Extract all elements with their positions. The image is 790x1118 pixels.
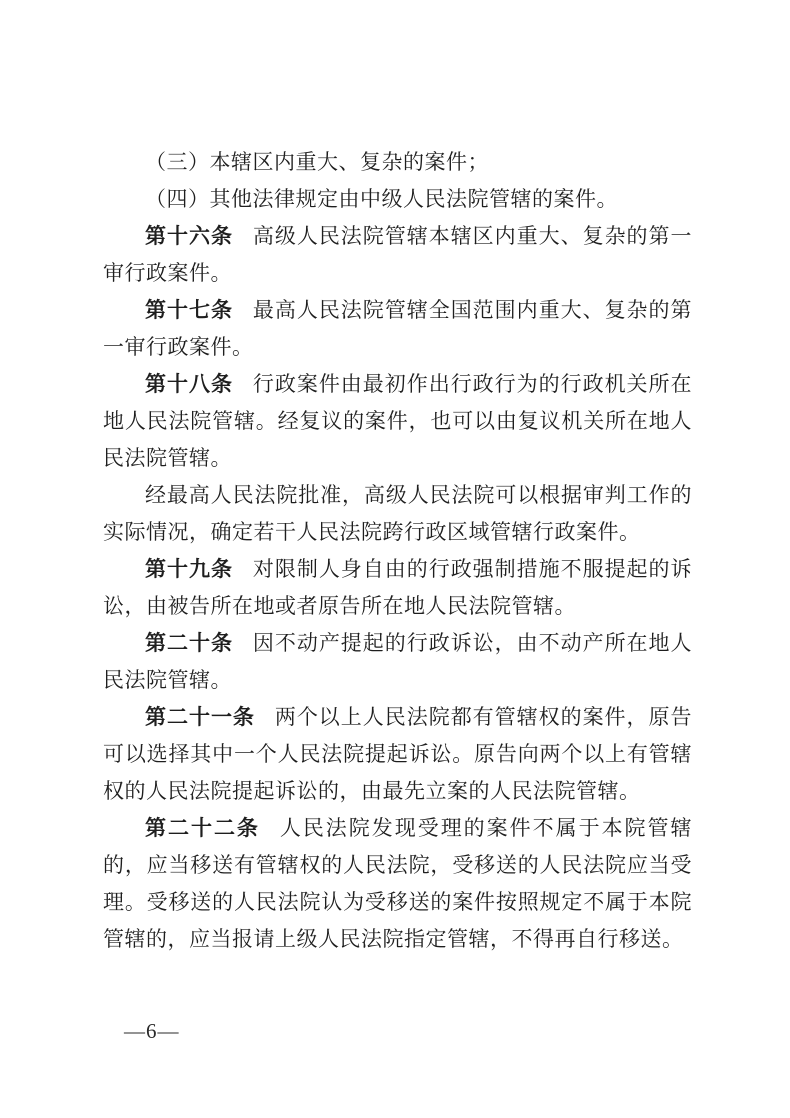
paragraph-article: 第十九条对限制人身自由的行政强制措施不服提起的诉讼，由被告所在地或者原告所在地人… [103, 551, 692, 625]
page-number: —6— [124, 1018, 180, 1044]
paragraph-article: 第十六条高级人民法院管辖本辖区内重大、复杂的第一审行政案件。 [103, 218, 692, 292]
document-page: （三）本辖区内重大、复杂的案件； （四）其他法律规定由中级人民法院管辖的案件。 … [0, 0, 790, 1118]
paragraph-paragraph: 经最高人民法院批准，高级人民法院可以根据审判工作的实际情况，确定若干人民法院跨行… [103, 477, 692, 551]
article-number: 第二十二条 [145, 817, 280, 840]
paragraph-article: 第十八条行政案件由最初作出行政行为的行政机关所在地人民法院管辖。经复议的案件，也… [103, 366, 692, 477]
paragraph-article: 第二十二条人民法院发现受理的案件不属于本院管辖的，应当移送有管辖权的人民法院，受… [103, 810, 692, 958]
paragraph-text: （四）其他法律规定由中级人民法院管辖的案件。 [145, 187, 618, 211]
paragraph-text: 经最高人民法院批准，高级人民法院可以根据审判工作的实际情况，确定若干人民法院跨行… [103, 483, 692, 544]
paragraph-list-item: （三）本辖区内重大、复杂的案件； [103, 144, 692, 181]
article-number: 第十八条 [145, 373, 253, 396]
paragraph-article: 第十七条最高人民法院管辖全国范围内重大、复杂的第一审行政案件。 [103, 292, 692, 366]
article-number: 第十六条 [145, 225, 253, 248]
article-number: 第十七条 [145, 299, 253, 322]
document-body: （三）本辖区内重大、复杂的案件； （四）其他法律规定由中级人民法院管辖的案件。 … [103, 144, 692, 958]
paragraph-list-item: （四）其他法律规定由中级人民法院管辖的案件。 [103, 181, 692, 218]
paragraph-article: 第二十条因不动产提起的行政诉讼，由不动产所在地人民法院管辖。 [103, 625, 692, 699]
paragraph-text: （三）本辖区内重大、复杂的案件； [145, 150, 489, 174]
article-number: 第十九条 [145, 558, 253, 581]
article-number: 第二十一条 [145, 706, 275, 729]
article-number: 第二十条 [145, 632, 253, 655]
paragraph-article: 第二十一条两个以上人民法院都有管辖权的案件，原告可以选择其中一个人民法院提起诉讼… [103, 699, 692, 810]
